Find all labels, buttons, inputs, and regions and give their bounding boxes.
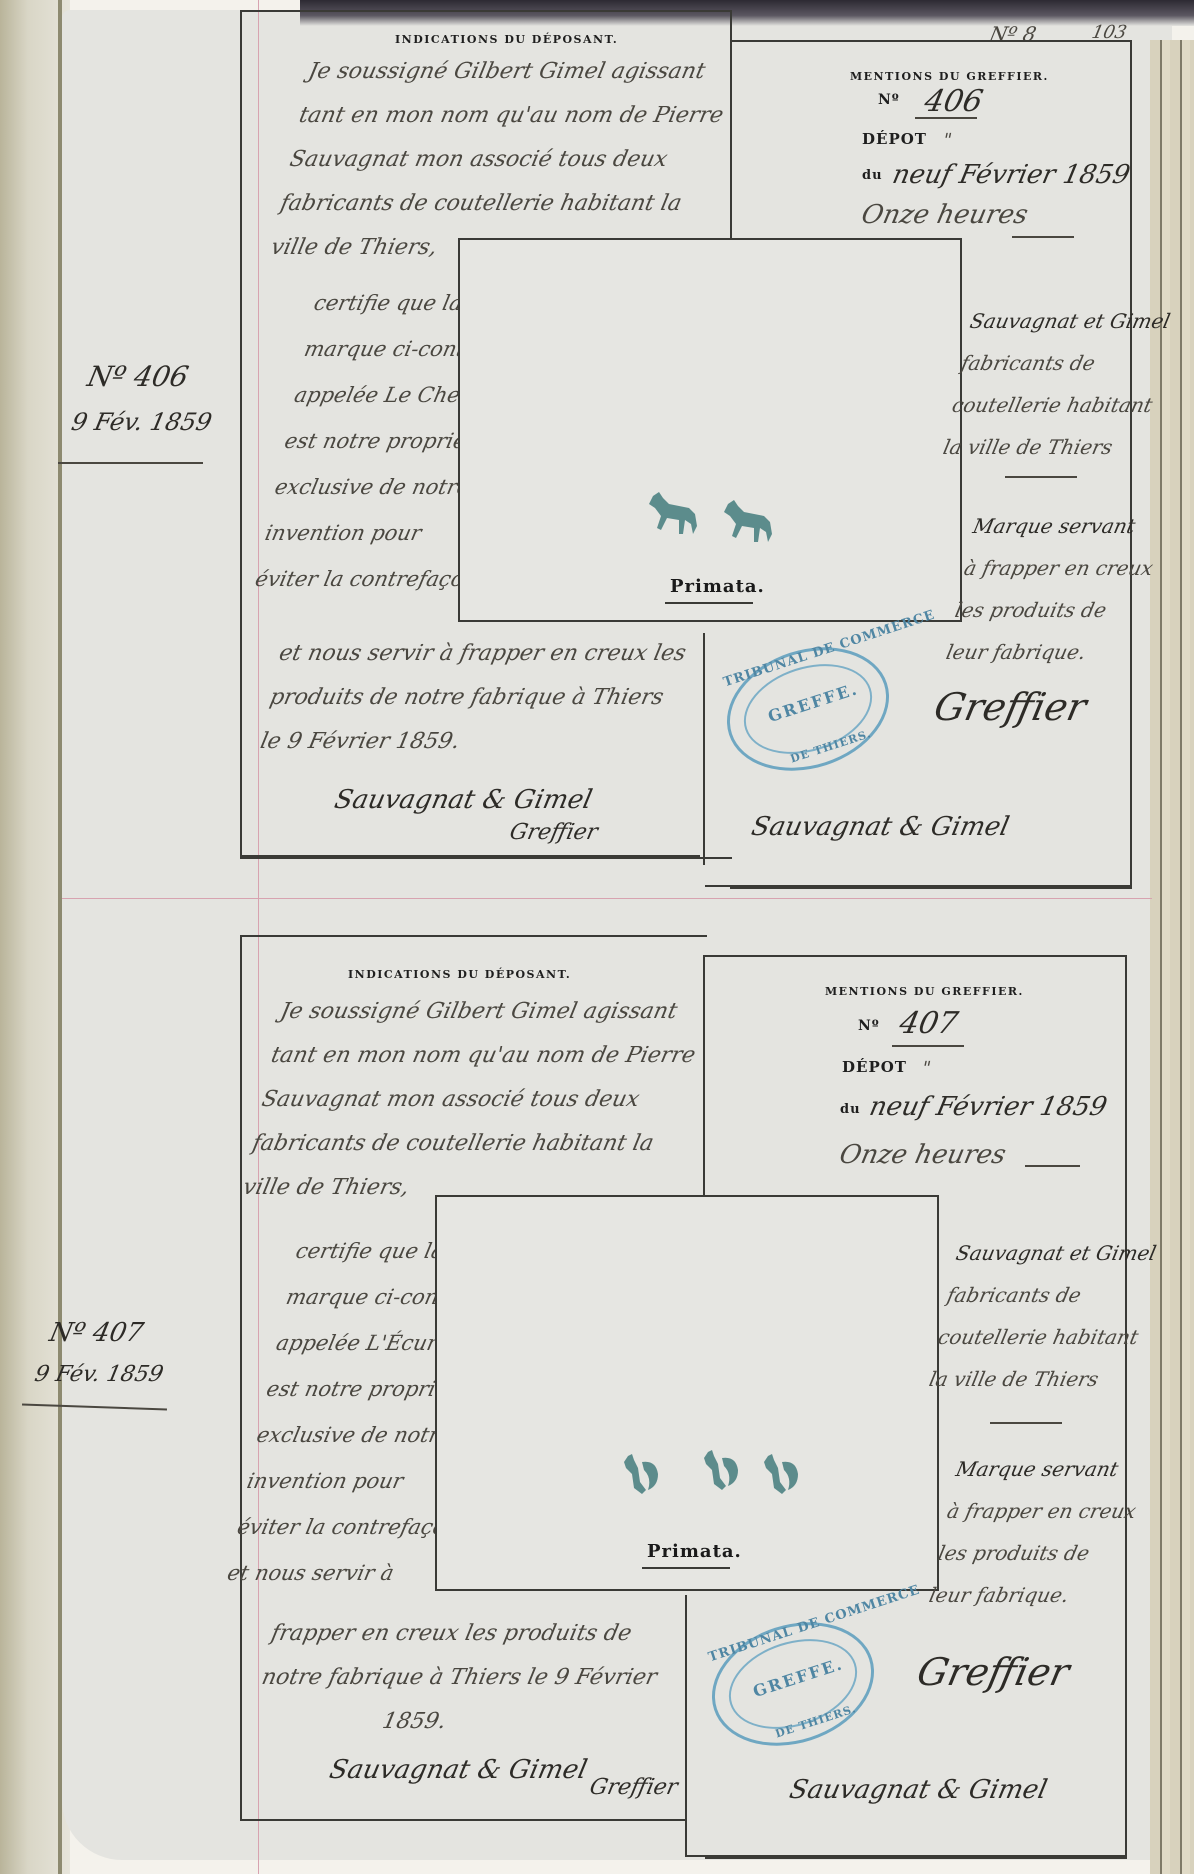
trademark-box: Primata. (435, 1195, 939, 1591)
deposit-label: DÉPOT (862, 130, 927, 148)
depositor-signature: Sauvagnat & Gimel (327, 1755, 590, 1785)
time-underline (1012, 236, 1074, 238)
trademark-box: Primata. (458, 238, 962, 622)
clerk-signature: Greffier (913, 1650, 1073, 1694)
caption-underline (665, 602, 753, 604)
frame-bottom-right (705, 885, 1132, 887)
frame-bottom-left (240, 855, 700, 857)
frame-bottom-left (240, 1819, 685, 1821)
number-label: Nº (878, 92, 900, 108)
date-prefix: du (862, 168, 883, 183)
column-divider-bottom (703, 633, 705, 865)
number-underline (915, 117, 977, 119)
deposit-time: Onze heures (859, 200, 1031, 230)
number-label: Nº (858, 1018, 880, 1034)
holder-text: Sauvagnat et Gimel fabricants de coutell… (939, 300, 1174, 468)
deposit-number: 407 (896, 1006, 961, 1041)
deposit-date: neuf Février 1859 (867, 1092, 1110, 1122)
margin-underline (58, 462, 203, 464)
deposit-number: 406 (921, 84, 986, 119)
margin-entry-date: 9 Fév. 1859 (69, 408, 214, 436)
clerk-signature-flourish: Greffier (587, 1775, 680, 1800)
depositor-text-top: Je soussigné Gilbert Gimel agissant tant… (267, 50, 737, 270)
horse-icon (645, 490, 705, 538)
clerk-header: MENTIONS DU GREFFIER. (850, 70, 1049, 83)
number-underline (892, 1045, 964, 1047)
depositor-signature: Sauvagnat & Gimel (332, 785, 595, 815)
depositor-text-bottom: frapper en creux les produits de notre f… (248, 1612, 670, 1744)
margin-entry-number: Nº 406 (84, 360, 191, 393)
depositor-text-bottom: et nous servir à frapper en creux les pr… (256, 632, 690, 764)
holder-text: Sauvagnat et Gimel fabricants de coutell… (925, 1232, 1160, 1400)
depositor-header: INDICATIONS DU DÉPOSANT. (348, 968, 571, 981)
purpose-text: Marque servant à frapper en creux les pr… (925, 1448, 1149, 1616)
holder-separator (1005, 476, 1077, 478)
clerk-column-signature: Sauvagnat & Gimel (787, 1775, 1050, 1805)
clerk-column-signature: Sauvagnat & Gimel (749, 812, 1012, 842)
deposit-time: Onze heures (837, 1140, 1009, 1170)
squirrel-icon (622, 1452, 662, 1496)
date-prefix: du (840, 1102, 861, 1117)
time-underline (1025, 1165, 1080, 1167)
margin-entry-date: 9 Fév. 1859 (32, 1362, 165, 1387)
depositor-text-top: Je soussigné Gilbert Gimel agissant tant… (239, 990, 709, 1210)
mark-caption: Primata. (647, 1541, 742, 1562)
deposit-label: DÉPOT (842, 1058, 907, 1076)
mark-caption: Primata. (670, 576, 765, 597)
horse-icon (720, 498, 780, 546)
frame-bottom-right (685, 1855, 1127, 1857)
clerk-signature-flourish: Greffier (507, 820, 600, 845)
purpose-text: Marque servant à frapper en creux les pr… (942, 505, 1166, 673)
clerk-signature: Greffier (930, 685, 1090, 729)
entry-separator-rule (62, 898, 1152, 899)
clerk-header: MENTIONS DU GREFFIER. (825, 985, 1024, 998)
deposit-date: neuf Février 1859 (890, 160, 1133, 190)
holder-separator (990, 1422, 1062, 1424)
caption-underline (642, 1567, 730, 1569)
squirrel-icon (702, 1447, 742, 1493)
depositor-header: INDICATIONS DU DÉPOSANT. (395, 33, 618, 46)
margin-entry-number: Nº 407 (47, 1318, 146, 1348)
squirrel-icon (762, 1452, 802, 1496)
column-divider-bottom (685, 1595, 687, 1855)
